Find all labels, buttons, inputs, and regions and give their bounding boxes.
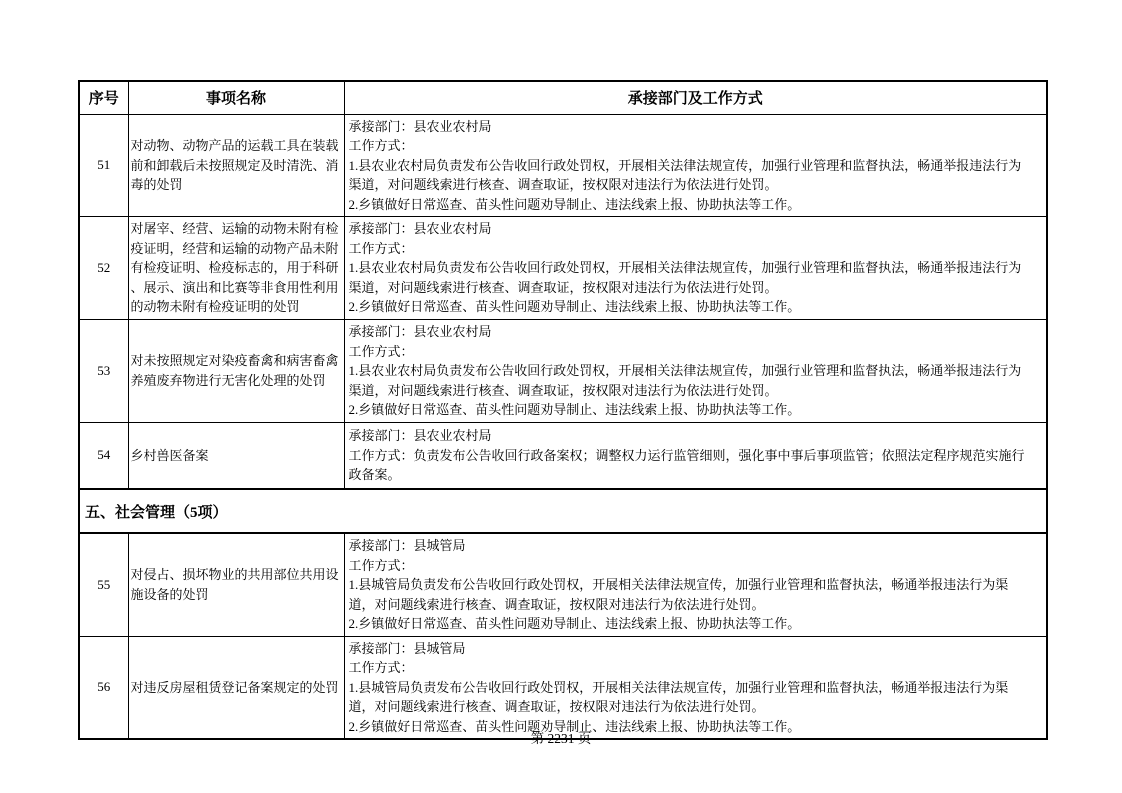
row-number: 54 — [79, 422, 128, 489]
item-name: 对侵占、损坏物业的共用部位共用设 施设备的处罚 — [128, 533, 344, 636]
table-row-56: 56 对违反房屋租赁登记备案规定的处罚 承接部门：县城管局 工作方式： 1.县城… — [79, 636, 1047, 739]
column-header-no: 序号 — [79, 81, 128, 114]
item-name: 对动物、动物产品的运载工具在装载 前和卸载后未按照规定及时清洗、消 毒的处罚 — [128, 114, 344, 217]
section-title: 五、社会管理（5项） — [79, 489, 1047, 533]
item-detail: 承接部门：县农业农村局 工作方式： 1.县农业农村局负责发布公告收回行政处罚权，… — [344, 217, 1047, 320]
item-name: 乡村兽医备案 — [128, 422, 344, 489]
section-row: 五、社会管理（5项） — [79, 489, 1047, 533]
table-row-51: 51 对动物、动物产品的运载工具在装载 前和卸载后未按照规定及时清洗、消 毒的处… — [79, 114, 1047, 217]
column-header-item-name: 事项名称 — [128, 81, 344, 114]
page-footer: 第 2231 页 — [0, 727, 1122, 747]
item-detail: 承接部门：县城管局 工作方式： 1.县城管局负责发布公告收回行政处罚权，开展相关… — [344, 533, 1047, 636]
row-number: 53 — [79, 320, 128, 423]
items-table: 序号 事项名称 承接部门及工作方式 51 对动物、动物产品的运载工具在装载 前和… — [78, 80, 1048, 740]
item-detail: 承接部门：县城管局 工作方式： 1.县城管局负责发布公告收回行政处罚权，开展相关… — [344, 636, 1047, 739]
item-name: 对违反房屋租赁登记备案规定的处罚 — [128, 636, 344, 739]
row-number: 51 — [79, 114, 128, 217]
document-page: 序号 事项名称 承接部门及工作方式 51 对动物、动物产品的运载工具在装载 前和… — [0, 0, 1122, 793]
row-number: 55 — [79, 533, 128, 636]
table-row-54: 54 乡村兽医备案 承接部门：县农业农村局 工作方式：负责发布公告收回行政备案权… — [79, 422, 1047, 489]
item-detail: 承接部门：县农业农村局 工作方式：负责发布公告收回行政备案权；调整权力运行监管细… — [344, 422, 1047, 489]
table-row-53: 53 对未按照规定对染疫畜禽和病害畜禽 养殖废弃物进行无害化处理的处罚 承接部门… — [79, 320, 1047, 423]
item-detail: 承接部门：县农业农村局 工作方式： 1.县农业农村局负责发布公告收回行政处罚权，… — [344, 114, 1047, 217]
item-name: 对未按照规定对染疫畜禽和病害畜禽 养殖废弃物进行无害化处理的处罚 — [128, 320, 344, 423]
column-header-department-method: 承接部门及工作方式 — [344, 81, 1047, 114]
header-row: 序号 事项名称 承接部门及工作方式 — [79, 81, 1047, 114]
item-name: 对屠宰、经营、运输的动物未附有检 疫证明，经营和运输的动物产品未附 有检疫证明、… — [128, 217, 344, 320]
table-row-52: 52 对屠宰、经营、运输的动物未附有检 疫证明，经营和运输的动物产品未附 有检疫… — [79, 217, 1047, 320]
table-row-55: 55 对侵占、损坏物业的共用部位共用设 施设备的处罚 承接部门：县城管局 工作方… — [79, 533, 1047, 636]
row-number: 52 — [79, 217, 128, 320]
row-number: 56 — [79, 636, 128, 739]
item-detail: 承接部门：县农业农村局 工作方式： 1.县农业农村局负责发布公告收回行政处罚权，… — [344, 320, 1047, 423]
